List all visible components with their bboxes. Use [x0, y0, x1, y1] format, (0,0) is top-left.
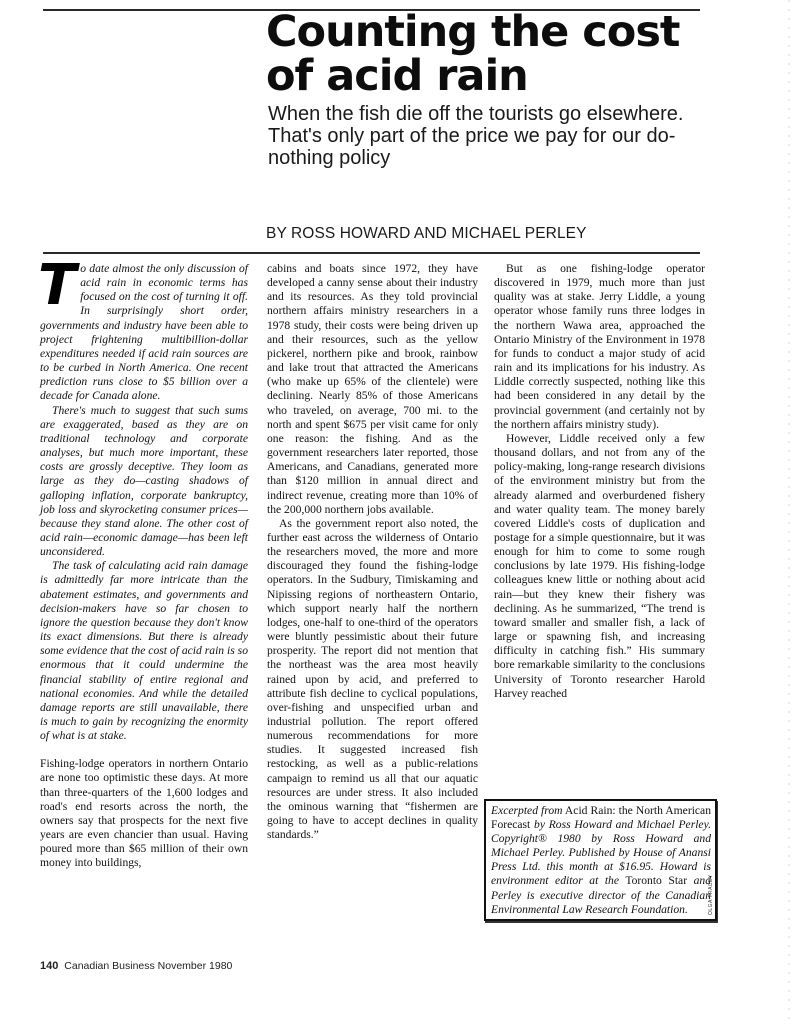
body-paragraph-4: But as one fishing-lodge operator discov…: [494, 262, 705, 432]
publication-info: Canadian Business November 1980: [64, 960, 232, 972]
callout-excerpted-label: Excerpted from: [491, 804, 563, 817]
body-paragraph-3: As the government report also noted, the…: [267, 517, 478, 843]
section-spacer: [40, 743, 248, 757]
deck-subtitle: When the fish die off the tourists go el…: [268, 103, 688, 169]
column-2: cabins and boats since 1972, they have d…: [267, 262, 478, 842]
headline: Counting the cost of acid rain: [266, 10, 706, 98]
body-paragraph-1: Fishing-lodge operators in northern Onta…: [40, 757, 248, 870]
body-paragraph-2: cabins and boats since 1972, they have d…: [267, 262, 478, 517]
photo-credit: OLGA TRACEY: [708, 874, 714, 915]
body-paragraph-5: However, Liddle received only a few thou…: [494, 432, 705, 701]
excerpt-callout-box: Excerpted from Acid Rain: the North Amer…: [484, 799, 717, 921]
column-rule: [43, 252, 700, 254]
callout-newspaper: Toronto Star: [625, 874, 687, 887]
column-3: But as one fishing-lodge operator discov…: [494, 262, 705, 701]
column-1: To date almost the only discussion of ac…: [40, 262, 248, 871]
page-footer: 140 Canadian Business November 1980: [40, 960, 232, 972]
scan-edge: [788, 0, 790, 1024]
drop-cap: T: [38, 264, 76, 308]
intro-paragraph-2: There's much to suggest that such sums a…: [40, 404, 248, 560]
page-number: 140: [40, 960, 58, 972]
intro-paragraph-3: The task of calculating acid rain damage…: [40, 559, 248, 743]
intro-paragraph-1: To date almost the only discussion of ac…: [40, 262, 248, 404]
byline: BY ROSS HOWARD AND MICHAEL PERLEY: [266, 225, 587, 243]
